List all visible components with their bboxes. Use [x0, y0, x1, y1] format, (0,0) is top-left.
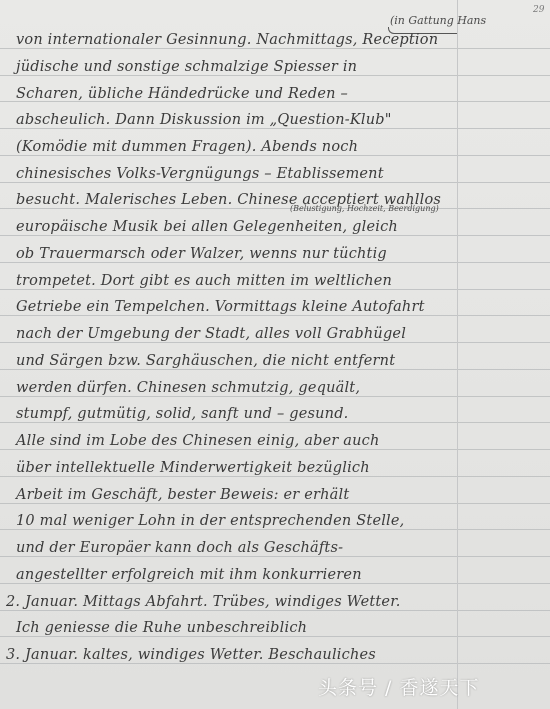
- text-line: angestellter erfolgreich mit ihm konkurr…: [16, 567, 362, 583]
- rule-line: [0, 155, 550, 156]
- rule-line: [0, 476, 550, 477]
- text-line: jüdische und sonstige schmalzige Spiesse…: [16, 59, 357, 75]
- text-line: Getriebe ein Tempelchen. Vormittags klei…: [16, 299, 425, 315]
- text-line: Scharen, übliche Händedrücke und Reden –: [16, 86, 348, 102]
- text-line: abscheulich. Dann Diskussion im „Questio…: [16, 112, 392, 128]
- text-line: europäische Musik bei allen Gelegenheite…: [16, 219, 398, 235]
- rule-line: [0, 503, 550, 504]
- diary-entry-date-line: 3. Januar. kaltes, windiges Wetter. Besc…: [6, 647, 376, 663]
- rule-line: [0, 529, 550, 530]
- rule-line: [0, 208, 550, 209]
- text-line: und Särgen bzw. Sarghäuschen, die nicht …: [16, 353, 395, 369]
- rule-line: [0, 583, 550, 584]
- rule-line: [0, 369, 550, 370]
- rule-line: [0, 422, 550, 423]
- text-line: über intellektuelle Minderwertigkeit bez…: [16, 460, 370, 476]
- text-line: 10 mal weniger Lohn in der entsprechende…: [16, 513, 405, 529]
- text-line: chinesisches Volks-Vergnügungs – Etablis…: [16, 166, 384, 182]
- rule-line: [0, 315, 550, 316]
- text-line: nach der Umgebung der Stadt, alles voll …: [16, 326, 406, 342]
- rule-line: [0, 342, 550, 343]
- rule-line: [0, 182, 550, 183]
- rule-line: [0, 449, 550, 450]
- text-line: stumpf, gutmütig, solid, sanft und – ges…: [16, 406, 348, 422]
- watermark: 头条号 / 香遂天下: [318, 673, 479, 700]
- text-line: und der Europäer kann doch als Geschäfts…: [16, 540, 343, 556]
- rule-line: [0, 610, 550, 611]
- margin-annotation: (in Gattung Hans: [390, 14, 486, 27]
- text-line: von internationaler Gesinnung. Nachmitta…: [16, 32, 438, 48]
- text-line: Arbeit im Geschäft, bester Beweis: er er…: [16, 487, 349, 503]
- rule-line: [0, 128, 550, 129]
- margin-line: [457, 0, 458, 709]
- rule-line: [0, 556, 550, 557]
- rule-line: [0, 396, 550, 397]
- text-line: Ich geniesse die Ruhe unbeschreiblich: [16, 620, 307, 636]
- rule-line: [0, 289, 550, 290]
- text-line: (Komödie mit dummen Fragen). Abends noch: [16, 139, 358, 155]
- text-line: werden dürfen. Chinesen schmutzig, gequä…: [16, 380, 360, 396]
- diary-page: 29 (in Gattung Hans (Belustigung, Hochze…: [0, 0, 550, 709]
- text-line: besucht. Malerisches Leben. Chinese acce…: [16, 192, 441, 208]
- text-line: trompetet. Dort gibt es auch mitten im w…: [16, 273, 392, 289]
- text-line: Alle sind im Lobe des Chinesen einig, ab…: [16, 433, 380, 449]
- rule-line: [0, 235, 550, 236]
- diary-entry-date-line: 2. Januar. Mittags Abfahrt. Trübes, wind…: [6, 594, 401, 610]
- rule-line: [0, 636, 550, 637]
- text-line: ob Trauermarsch oder Walzer, wenns nur t…: [16, 246, 387, 262]
- rule-line: [0, 663, 550, 664]
- rule-line: [0, 48, 550, 49]
- rule-line: [0, 262, 550, 263]
- rule-line: [0, 75, 550, 76]
- page-number: 29: [533, 5, 544, 15]
